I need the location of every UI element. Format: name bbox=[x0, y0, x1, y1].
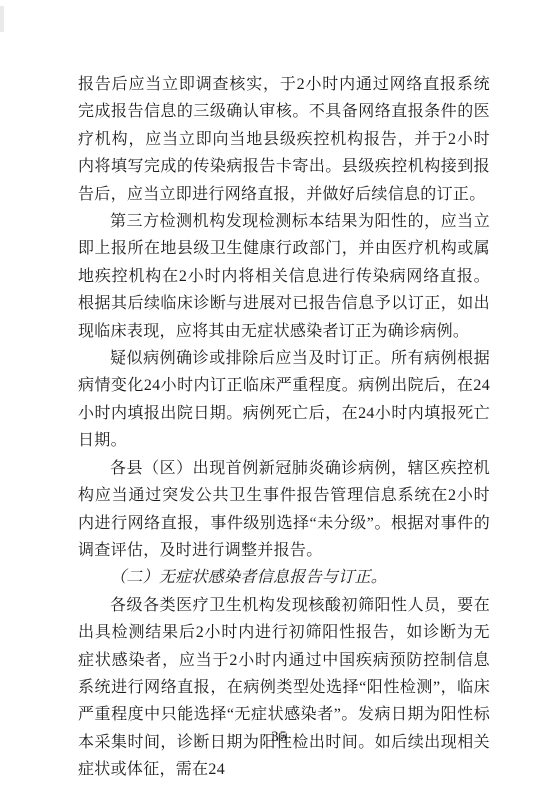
paragraph: 疑似病例确诊或排除后应当及时订正。所有病例根据病情变化24小时内订正临床严重程度… bbox=[78, 345, 490, 455]
paragraph: 各县（区）出现首例新冠肺炎确诊病例，辖区疾控机构应当通过突发公共卫生事件报告管理… bbox=[78, 455, 490, 565]
page-background: 报告后应当立即调查核实，于2小时内通过网络直报系统完成报告信息的三级确认审核。不… bbox=[0, 0, 559, 793]
text-content: 报告后应当立即调查核实，于2小时内通过网络直报系统完成报告信息的三级确认审核。不… bbox=[78, 71, 490, 784]
paragraph: 各级各类医疗卫生机构发现核酸初筛阳性人员，要在出具检测结果后2小时内进行初筛阳性… bbox=[78, 592, 490, 784]
scan-artifact bbox=[0, 6, 4, 32]
section-heading: （二）无症状感染者信息报告与订正。 bbox=[78, 564, 490, 591]
paragraph: 报告后应当立即调查核实，于2小时内通过网络直报系统完成报告信息的三级确认审核。不… bbox=[78, 71, 490, 208]
page-number: 35 bbox=[0, 729, 559, 746]
paragraph: 第三方检测机构发现检测标本结果为阳性的，应当立即上报所在地县级卫生健康行政部门，… bbox=[78, 208, 490, 345]
document-page: { "document": { "language": "zh-CN", "pa… bbox=[0, 0, 559, 793]
